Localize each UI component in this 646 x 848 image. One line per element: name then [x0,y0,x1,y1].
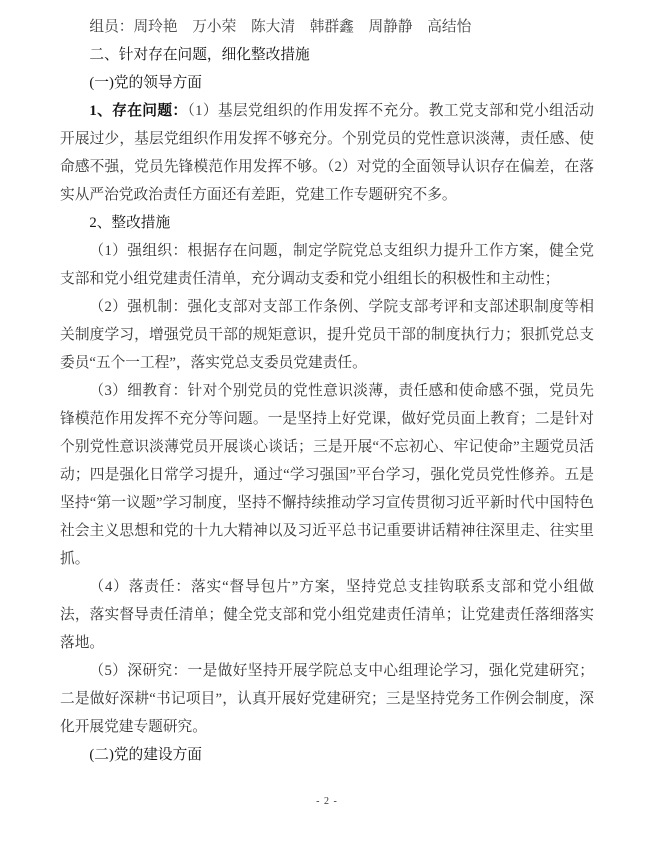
measures-heading: 2、整改措施 [60,209,594,237]
problems-paragraph: 1、存在问题：（1）基层党组织的作用发挥不充分。教工党支部和党小组活动开展过少，… [60,97,594,209]
measure-paragraph-refine-education: （3）细教育：针对个别党员的党性意识淡薄，责任感和使命感不强，党员先锋模范作用发… [60,377,594,573]
measure-paragraph-deepen-research: （5）深研究：一是做好坚持开展学院总支中心组理论学习，强化党建研究；二是做好深耕… [60,657,594,741]
measure-paragraph-implement-responsibility: （4）落责任：落实“督导包片”方案，坚持党总支挂钩联系支部和党小组做法，落实督导… [60,573,594,657]
section-2-heading: 二、针对存在问题，细化整改措施 [60,41,594,69]
document-page: 组员：周玲艳 万小荣 陈大清 韩群鑫 周静静 高结怡 二、针对存在问题，细化整改… [60,13,594,769]
team-members-line: 组员：周玲艳 万小荣 陈大清 韩群鑫 周静静 高结怡 [60,13,594,41]
measure-paragraph-strengthen-mechanism: （2）强机制：强化支部对支部工作条例、学院支部考评和支部述职制度等相关制度学习，… [60,293,594,377]
measure-paragraph-strengthen-organization: （1）强组织：根据存在问题，制定学院党总支组织力提升工作方案，健全党支部和党小组… [60,237,594,293]
subsection-2-heading: (二)党的建设方面 [60,741,594,769]
subsection-1-heading: (一)党的领导方面 [60,69,594,97]
page-number: - 2 - [60,795,594,809]
problems-lead-bold: 1、存在问题： [89,103,187,119]
